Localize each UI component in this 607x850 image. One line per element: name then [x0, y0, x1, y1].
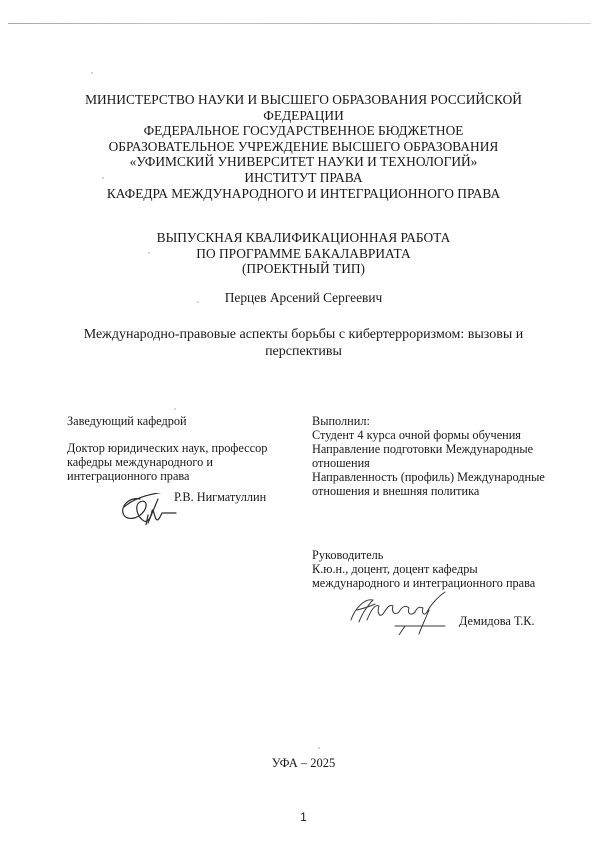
scan-edge-line	[8, 23, 591, 24]
work-type-line: ВЫПУСКНАЯ КВАЛИФИКАЦИОННАЯ РАБОТА	[0, 230, 607, 246]
student-line: отношения	[312, 456, 552, 470]
topic-line: перспективы	[60, 344, 547, 361]
student-line: Студент 4 курса очной формы обучения	[312, 428, 552, 442]
author-name: Перцев Арсений Сергеевич	[0, 290, 607, 306]
ministry-header: МИНИСТЕРСТВО НАУКИ И ВЫСШЕГО ОБРАЗОВАНИЯ…	[0, 92, 607, 170]
thesis-topic: Международно-правовые аспекты борьбы с к…	[60, 327, 547, 360]
page-number: 1	[0, 810, 607, 824]
header-line: ФЕДЕРАЦИИ	[0, 108, 607, 124]
scan-speck	[91, 72, 93, 74]
scan-speck	[174, 408, 176, 410]
topic-line: Международно-правовые аспекты борьбы с к…	[60, 327, 547, 344]
scan-speck	[318, 747, 320, 749]
header-line: МИНИСТЕРСТВО НАУКИ И ВЫСШЕГО ОБРАЗОВАНИЯ…	[0, 92, 607, 108]
signature-head-of-department	[118, 493, 188, 525]
signature-supervisor	[345, 590, 460, 635]
city-year: УФА – 2025	[0, 756, 607, 771]
supervisor-line: международного и интеграционного права	[312, 576, 562, 590]
head-title-line: интеграционного права	[67, 469, 307, 483]
institute-info: ИНСТИТУТ ПРАВА КАФЕДРА МЕЖДУНАРОДНОГО И …	[0, 170, 607, 201]
work-type: ВЫПУСКНАЯ КВАЛИФИКАЦИОННАЯ РАБОТА ПО ПРО…	[0, 230, 607, 277]
head-title-line: Доктор юридических наук, профессор	[67, 441, 307, 455]
student-line: Направление подготовки Международные	[312, 442, 552, 456]
head-role: Заведующий кафедрой	[67, 414, 307, 428]
work-type-line: (ПРОЕКТНЫЙ ТИП)	[0, 261, 607, 277]
supervisor-line: К.ю.н., доцент, доцент кафедры	[312, 562, 562, 576]
student-block: Выполнил: Студент 4 курса очной формы об…	[312, 414, 552, 498]
student-line: отношения и внешняя политика	[312, 484, 552, 498]
supervisor-block: Руководитель К.ю.н., доцент, доцент кафе…	[312, 548, 562, 590]
student-label: Выполнил:	[312, 414, 552, 428]
supervisor-name: Демидова Т.К.	[459, 614, 535, 628]
header-line: ФЕДЕРАЛЬНОЕ ГОСУДАРСТВЕННОЕ БЮДЖЕТНОЕ	[0, 123, 607, 139]
header-line: ОБРАЗОВАТЕЛЬНОЕ УЧРЕЖДЕНИЕ ВЫСШЕГО ОБРАЗ…	[0, 139, 607, 155]
department-name: КАФЕДРА МЕЖДУНАРОДНОГО И ИНТЕГРАЦИОННОГО…	[0, 186, 607, 202]
head-title-line: кафедры международного и	[67, 455, 307, 469]
institute-name: ИНСТИТУТ ПРАВА	[0, 170, 607, 186]
work-type-line: ПО ПРОГРАММЕ БАКАЛАВРИАТА	[0, 246, 607, 262]
student-line: Направленность (профиль) Международные	[312, 470, 552, 484]
header-line: «УФИМСКИЙ УНИВЕРСИТЕТ НАУКИ И ТЕХНОЛОГИЙ…	[0, 154, 607, 170]
supervisor-role: Руководитель	[312, 548, 562, 562]
